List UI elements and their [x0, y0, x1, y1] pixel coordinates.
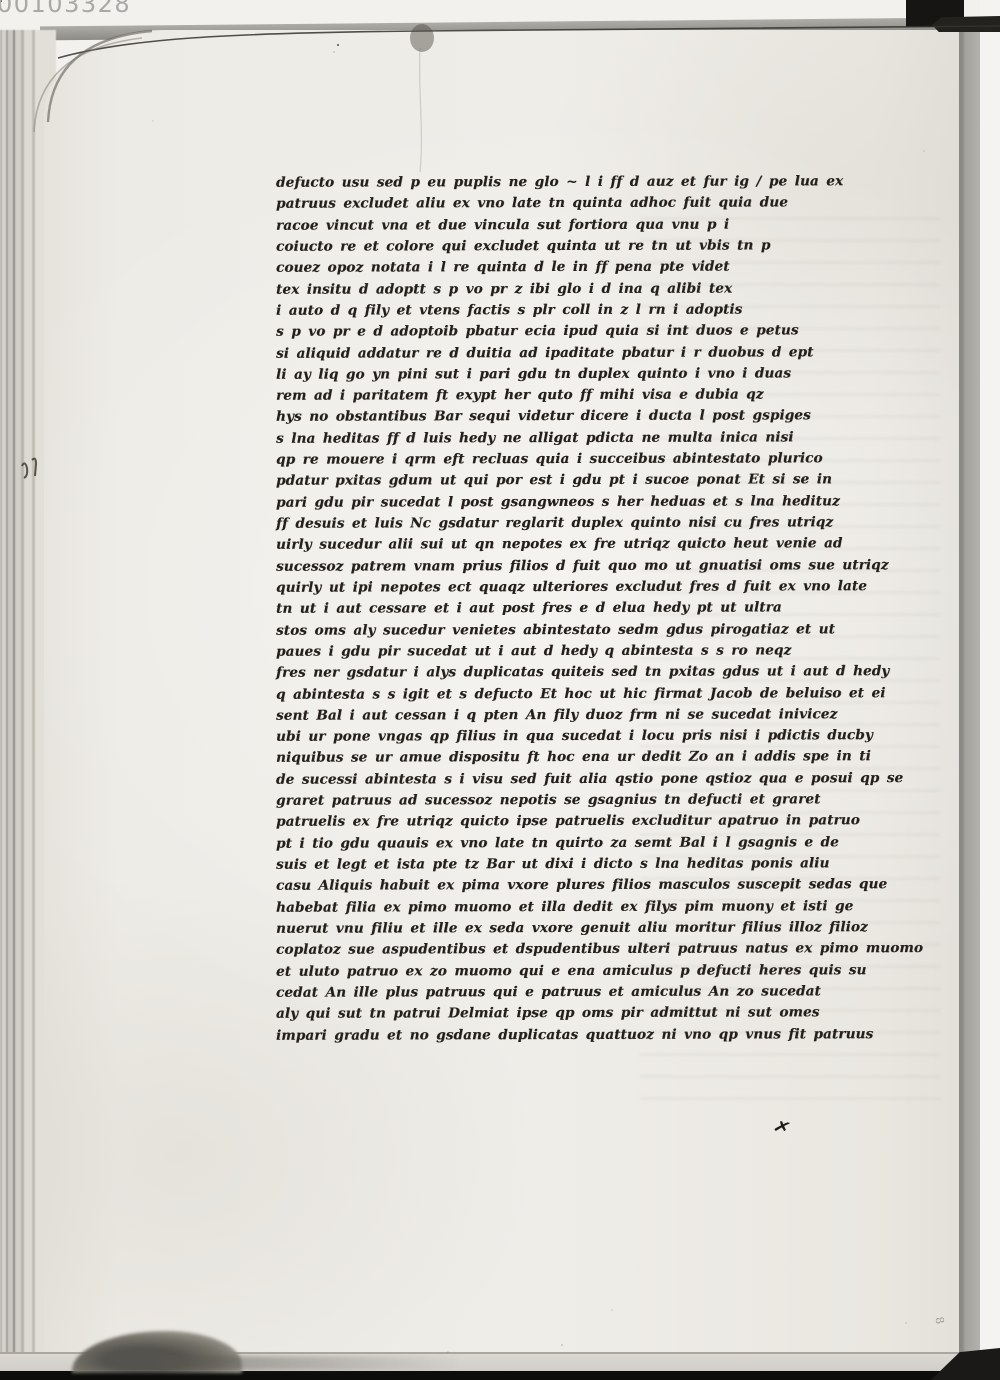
manuscript-line: habebat filia ex pimo muomo et illa dedi…	[276, 896, 868, 919]
scanner-clamp-shadow	[932, 16, 1000, 32]
manuscript-line: couez opoz notata i l re quinta d le in …	[276, 256, 868, 279]
manuscript-line: suis et legt et ista pte tz Bar ut dixi …	[276, 853, 868, 876]
manuscript-line: pari gdu pir sucedat l post gsangwneos s…	[276, 491, 868, 514]
manuscript-line: et uluto patruo ex zo muomo qui e ena am…	[276, 960, 868, 983]
manuscript-line: li ay liq go yn pini sut i pari gdu tn d…	[276, 363, 868, 386]
manuscript-line: fres ner gsdatur i alys duplicatas quite…	[276, 661, 868, 684]
manuscript-line: impari gradu et no gsdane duplicatas qua…	[276, 1024, 868, 1047]
bottom-edge-smear	[160, 1356, 460, 1370]
manuscript-line: stos oms aly sucedur venietes abintestat…	[276, 619, 868, 642]
manuscript-line: de sucessi abintesta s i visu sed fuit a…	[276, 768, 868, 791]
manuscript-line: coiucto re et colore qui excludet quinta…	[276, 235, 868, 258]
manuscript-line: ff desuis et luis Nc gsdatur reglarit du…	[276, 512, 868, 535]
manuscript-line: sucessoz patrem vnam prius filios d fuit…	[276, 555, 868, 578]
manuscript-line: niquibus se ur amue dispositu ft hoc ena…	[276, 747, 868, 770]
manuscript-scan-photo: defucto usu sed p eu puplis ne glo ~ l i…	[0, 0, 1000, 1380]
manuscript-line: uirly sucedur alii sui ut qn nepotes ex …	[276, 534, 868, 557]
manuscript-line: patruus excludet aliu ex vno late tn qui…	[276, 193, 868, 216]
scan-number: 00103328	[0, 0, 131, 18]
manuscript-line: nuerut vnu filiu et ille ex seda vxore g…	[276, 917, 868, 940]
manuscript-line: aly qui sut tn patrui Delmiat ipse qp om…	[276, 1002, 868, 1025]
manuscript-line: graret patruus ad sucessoz nepotis se gs…	[276, 789, 868, 812]
manuscript-line: ubi ur pone vngas qp filius in qua suced…	[276, 725, 868, 748]
manuscript-line: coplatoz sue aspudentibus et dspudentibu…	[276, 938, 868, 961]
manuscript-line: pdatur pxitas gdum ut qui por est i gdu …	[276, 470, 868, 493]
manuscript-line: defucto usu sed p eu puplis ne glo ~ l i…	[276, 171, 868, 194]
manuscript-line: tn ut i aut cessare et i aut post fres e…	[276, 597, 868, 620]
manuscript-line: rem ad i paritatem ft exypt her quto ff …	[276, 384, 868, 407]
manuscript-text-block: defucto usu sed p eu puplis ne glo ~ l i…	[276, 172, 868, 1046]
manuscript-line: pt i tio gdu quauis ex vno late tn quirt…	[276, 832, 868, 855]
background-right	[980, 0, 1000, 1380]
manuscript-line: paues i gdu pir sucedat ut i aut d hedy …	[276, 640, 868, 663]
manuscript-line: si aliquid addatur re d duitia ad ipadit…	[276, 342, 868, 365]
manuscript-line: hys no obstantibus Bar sequi videtur dic…	[276, 406, 868, 429]
manuscript-line: racoe vincut vna et due vincula sut fort…	[276, 214, 868, 237]
manuscript-line: patruelis ex fre utriqz quicto ipse patr…	[276, 811, 868, 834]
right-page-edge-strip	[959, 27, 980, 1355]
manuscript-line: i auto d q fily et vtens factis s plr co…	[276, 299, 868, 322]
manuscript-line: quirly ut ipi nepotes ect quaqz ulterior…	[276, 576, 868, 599]
manuscript-line: qp re mouere i qrm eft recluas quia i su…	[276, 448, 868, 471]
manuscript-line: tex insitu d adoptt s p vo pr z ibi glo …	[276, 278, 868, 301]
manuscript-line: s p vo pr e d adoptoib pbatur ecia ipud …	[276, 320, 868, 343]
manuscript-line: casu Aliquis habuit ex pima vxore plures…	[276, 875, 868, 898]
manuscript-line: cedat An ille plus patruus qui e patruus…	[276, 981, 868, 1004]
manuscript-line: s lna heditas ff d luis hedy ne alligat …	[276, 427, 868, 450]
manuscript-line: q abintesta s s igit et s defucto Et hoc…	[276, 683, 868, 706]
manuscript-line: sent Bal i aut cessan i q pten An fily d…	[276, 704, 868, 727]
